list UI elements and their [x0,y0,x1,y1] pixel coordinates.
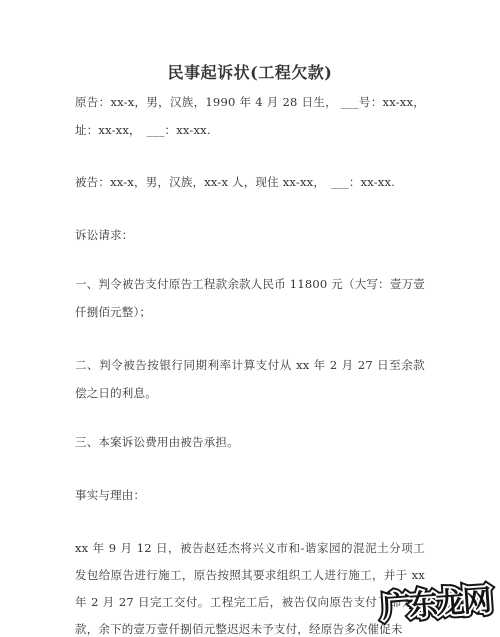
document-line: 仟捌佰元整）； [75,298,425,326]
claims-heading: 诉讼请求： [75,221,425,249]
paragraph-claim-3: 三、本案诉讼费用由被告承担。 [75,428,425,456]
document-line: 发包给原告进行施工，原告按照其要求组织工人进行施工，并于 xx [75,562,425,589]
document-line: 址：xx-xx， ___：xx-xx. [75,116,425,144]
document-line: 偿之日的利息。 [75,379,425,407]
document-line: 被告：xx-x，男，汉族，xx-x 人，现住 xx-xx， ___：xx-xx. [75,168,425,196]
document-line: 年 2 月 27 日完工交付。工程完工后，被告仅向原告支付了部分工程 [75,589,425,616]
facts-heading: 事实与理由： [75,481,425,509]
paragraph-defendant: 被告：xx-x，男，汉族，xx-x 人，现住 xx-xx， ___：xx-xx. [75,168,425,196]
document-title: 民事起诉状(工程欠款) [75,59,425,87]
paragraph-claim-1: 一、判令被告支付原告工程款余款人民币 11800 元（大写：壹万壹 仟捌佰元整）… [75,270,425,326]
document-line: 款，余下的壹万壹仟捌佰元整迟迟未予支付，经原告多次催促未果。 [75,616,425,637]
document-line: xx 年 9 月 12 日，被告赵廷杰将兴义市和-谐家园的混泥土分项工程 [75,535,425,562]
document-line: 事实与理由： [75,481,425,509]
document-line: 二、判令被告按银行同期利率计算支付从 xx 年 2 月 27 日至余款清 [75,351,425,379]
paragraph-claim-2: 二、判令被告按银行同期利率计算支付从 xx 年 2 月 27 日至余款清 偿之日… [75,351,425,407]
paragraph-plaintiff: 原告：xx-x，男，汉族，1990 年 4 月 28 日生， ___号：xx-x… [75,88,425,144]
document-page: 民事起诉状(工程欠款) 原告：xx-x，男，汉族，1990 年 4 月 28 日… [0,0,500,637]
document-line: 三、本案诉讼费用由被告承担。 [75,428,425,456]
paragraph-facts-body: xx 年 9 月 12 日，被告赵廷杰将兴义市和-谐家园的混泥土分项工程 发包给… [75,535,425,637]
document-line: 一、判令被告支付原告工程款余款人民币 11800 元（大写：壹万壹 [75,270,425,298]
document-line: 原告：xx-x，男，汉族，1990 年 4 月 28 日生， ___号：xx-x… [75,88,425,116]
document-line: 诉讼请求： [75,221,425,249]
document-content: 民事起诉状(工程欠款) 原告：xx-x，男，汉族，1990 年 4 月 28 日… [0,0,500,637]
